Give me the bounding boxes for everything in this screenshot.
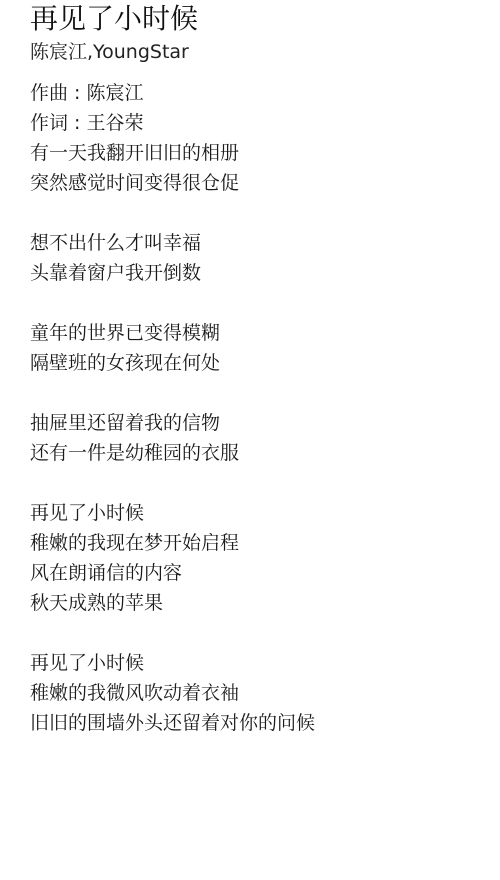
stanza-break	[30, 198, 500, 228]
stanza-break	[30, 288, 500, 318]
lyric-line: 想不出什么才叫幸福	[30, 228, 500, 258]
lyric-line: 突然感觉时间变得很仓促	[30, 168, 500, 198]
lyric-line: 风在朗诵信的内容	[30, 558, 500, 588]
lyric-line: 秋天成熟的苹果	[30, 588, 500, 618]
stanza-break	[30, 618, 500, 648]
lyric-line: 再见了小时候	[30, 648, 500, 678]
stanza-break	[30, 378, 500, 408]
lyrics-page: 再见了小时候 陈宸江,YoungStar 作曲 : 陈宸江 作词 : 王谷荣 有…	[30, 0, 500, 738]
lyric-line: 头靠着窗户我开倒数	[30, 258, 500, 288]
lyric-line: 有一天我翻开旧旧的相册	[30, 138, 500, 168]
lyric-line: 稚嫩的我现在梦开始启程	[30, 528, 500, 558]
lyric-lines: 有一天我翻开旧旧的相册突然感觉时间变得很仓促想不出什么才叫幸福头靠着窗户我开倒数…	[30, 138, 500, 738]
lyric-line: 稚嫩的我微风吹动着衣袖	[30, 678, 500, 708]
lyric-line: 童年的世界已变得模糊	[30, 318, 500, 348]
stanza-break	[30, 468, 500, 498]
lyricist-credit: 作词 : 王谷荣	[30, 108, 500, 138]
song-artist: 陈宸江,YoungStar	[30, 38, 500, 66]
composer-credit: 作曲 : 陈宸江	[30, 78, 500, 108]
lyrics-block: 作曲 : 陈宸江 作词 : 王谷荣 有一天我翻开旧旧的相册突然感觉时间变得很仓促…	[30, 78, 500, 738]
song-title: 再见了小时候	[30, 0, 500, 38]
lyric-line: 旧旧的围墙外头还留着对你的问候	[30, 708, 500, 738]
lyric-line: 抽屉里还留着我的信物	[30, 408, 500, 438]
lyric-line: 还有一件是幼稚园的衣服	[30, 438, 500, 468]
lyric-line: 再见了小时候	[30, 498, 500, 528]
lyric-line: 隔壁班的女孩现在何处	[30, 348, 500, 378]
